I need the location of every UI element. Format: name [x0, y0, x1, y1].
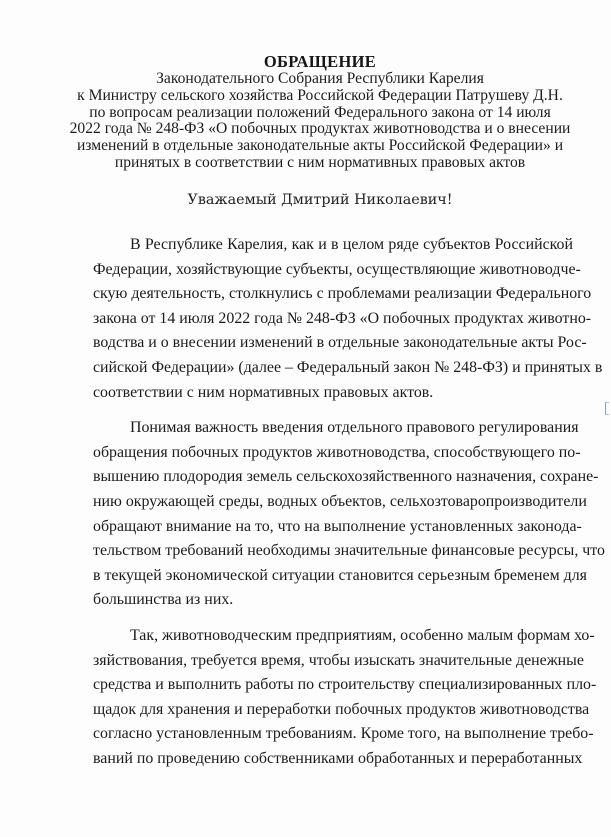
paragraph-line: обращают внимание на то, что на выполнен…: [93, 515, 573, 540]
paragraph-line: в текущей экономической ситуации станови…: [93, 564, 573, 589]
subtitle-line: изменений в отдельные законодательные ак…: [60, 138, 580, 155]
document-page: ОБРАЩЕНИЕ Законодательного Собрания Респ…: [0, 0, 611, 837]
document-body: В Республике Карелия, как и в целом ряде…: [93, 233, 573, 782]
paragraph-line: зяйствования, требуется время, чтобы изы…: [93, 649, 573, 674]
greeting: Уважаемый Дмитрий Николаевич!: [60, 190, 580, 210]
subtitle-line: принятых в соответствии с ним нормативны…: [60, 155, 580, 172]
paragraph-3: Так, животноводческим предприятиям, особ…: [93, 624, 573, 772]
document-title: ОБРАЩЕНИЕ: [60, 53, 580, 71]
paragraph-line: обращения побочных продуктов животноводс…: [93, 441, 573, 466]
document-header: ОБРАЩЕНИЕ Законодательного Собрания Респ…: [60, 53, 580, 172]
paragraph-line: большинства из них.: [93, 588, 573, 613]
paragraph-line: вышению плодородия земель сельскохозяйст…: [93, 465, 573, 490]
paragraph-line: сийской Федерации» (далее – Федеральный …: [93, 356, 573, 381]
paragraph-line: согласно установленным требованиям. Кром…: [93, 722, 573, 747]
paragraph-line: средства и выполнить работы по строитель…: [93, 673, 573, 698]
paragraph-line: скую деятельность, столкнулись с проблем…: [93, 282, 573, 307]
paragraph-1: В Республике Карелия, как и в целом ряде…: [93, 233, 573, 405]
paragraph-line: тельством требований необходимы значител…: [93, 539, 573, 564]
subtitle-line: к Министру сельского хозяйства Российско…: [60, 88, 580, 105]
scan-edge-mark: [605, 402, 609, 415]
subtitle-line: 2022 года № 248-ФЗ «О побочных продуктах…: [60, 121, 580, 138]
paragraph-line: нию окружающей среды, водных объектов, с…: [93, 490, 573, 515]
paragraph-line: соответствии с ним нормативных правовых …: [93, 381, 573, 406]
paragraph-line: Так, животноводческим предприятиям, особ…: [93, 624, 573, 649]
paragraph-line: водства и о внесении изменений в отдельн…: [93, 331, 573, 356]
paragraph-line: ваний по проведению собственниками обраб…: [93, 747, 573, 772]
subtitle-line: по вопросам реализации положений Федерал…: [60, 105, 580, 122]
paragraph-2: Понимая важность введения отдельного пра…: [93, 416, 573, 613]
subtitle-line: Законодательного Собрания Республики Кар…: [60, 71, 580, 88]
paragraph-line: Понимая важность введения отдельного пра…: [93, 416, 573, 441]
paragraph-line: Федерации, хозяйствующие субъекты, осуще…: [93, 258, 573, 283]
paragraph-line: закона от 14 июля 2022 года № 248-ФЗ «О …: [93, 307, 573, 332]
paragraph-line: В Республике Карелия, как и в целом ряде…: [93, 233, 573, 258]
paragraph-line: щадок для хранения и переработки побочны…: [93, 698, 573, 723]
